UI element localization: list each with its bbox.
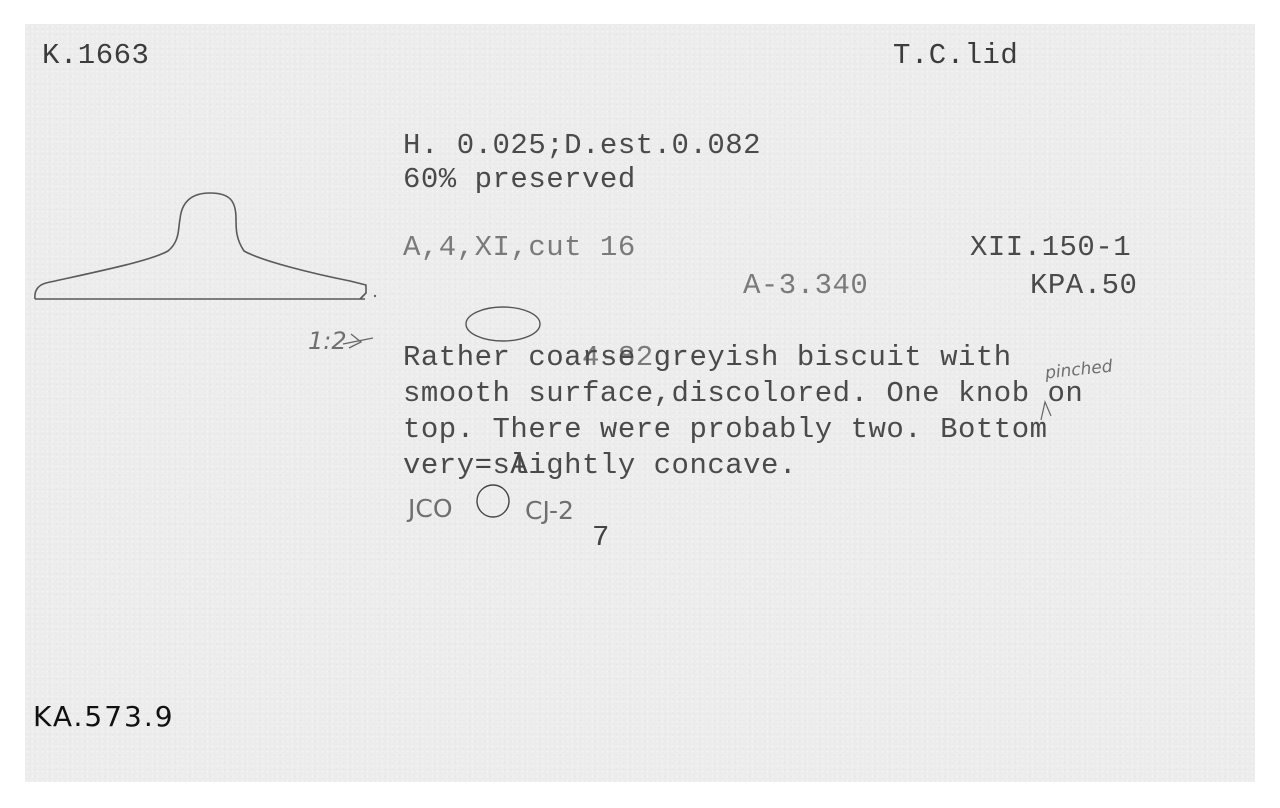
initials: JCO <box>408 494 453 523</box>
initials-reference: CJ-2 <box>525 496 574 525</box>
description-line-3: top. There were probably two. Bottom <box>403 412 1048 448</box>
description-line-4: very slightly concave. <box>403 448 797 484</box>
description-line-1: Rather coarse greyish biscuit with <box>403 340 1012 376</box>
scale-note: 1:2 <box>308 327 347 355</box>
catalog-number: K.1663 <box>42 38 149 74</box>
catalog-card: K.1663 T.C.lid H. 0.025;D.est.0.082 60% … <box>25 24 1255 782</box>
inventory-reference: A-3.340 <box>743 268 868 304</box>
pencil-arrow-icon <box>343 332 383 352</box>
preservation: 60% preserved <box>403 162 636 198</box>
insertion-caret-icon <box>1037 392 1057 422</box>
lid-profile-drawing <box>30 189 390 309</box>
handwritten-insert: pinched <box>1044 357 1113 384</box>
archive-number: KA.573.9 <box>33 700 175 733</box>
dimensions: H. 0.025;D.est.0.082 <box>403 128 761 164</box>
object-type: T.C.lid <box>893 38 1018 74</box>
description-line-2: smooth surface,discolored. One knob on <box>403 376 1083 412</box>
notebook-reference: XII.150-1 <box>970 230 1131 266</box>
kpa-reference: KPA.50 <box>1030 268 1137 304</box>
pen-circle-icon <box>475 482 515 522</box>
find-context: A,4,XI,cut 16 <box>403 230 636 266</box>
pen-circle-icon <box>465 304 545 344</box>
